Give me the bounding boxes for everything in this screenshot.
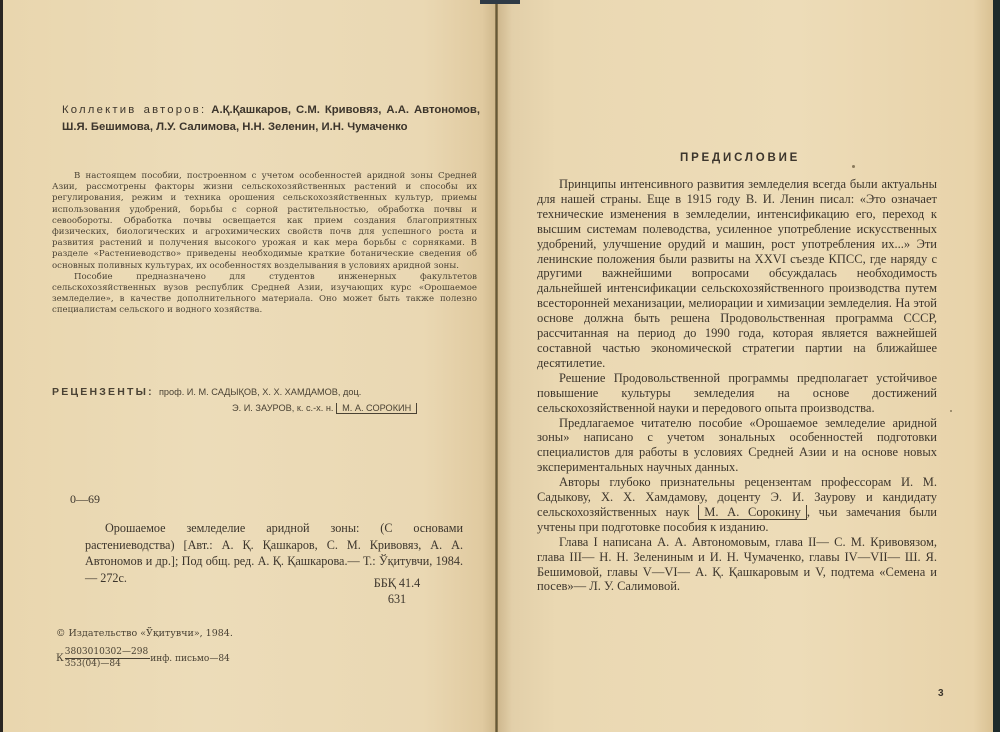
spine-top xyxy=(480,0,520,4)
paper-speck xyxy=(950,410,952,412)
reviewers-label: РЕЦЕНЗЕНТЫ: xyxy=(52,386,154,398)
bbk-line2: 631 xyxy=(357,591,437,607)
preface-paragraph: Решение Продовольственной программы пред… xyxy=(537,371,937,416)
preface-paragraph: Принципы интенсивного развития земледели… xyxy=(537,177,937,371)
reviewers-line1: проф. И. М. САДЫҚОВ, Х. Х. ХАМДАМОВ, доц… xyxy=(159,387,361,397)
authors-label: Коллектив авторов: xyxy=(62,104,206,116)
copyright-notice: © Издательство «Ўқитувчи», 1984. xyxy=(56,628,233,639)
print-code-numerator: 3803010302—298 xyxy=(65,647,150,659)
paper-speck xyxy=(852,165,855,168)
book-gutter xyxy=(495,0,498,732)
classification-code: 0—69 xyxy=(70,492,100,507)
page-number: 3 xyxy=(938,688,944,699)
preface-paragraph: Предлагаемое читателю пособие «Орошаемое… xyxy=(537,416,937,476)
page-title: ПРЕДИСЛОВИЕ xyxy=(680,152,800,164)
preface-text: Принципы интенсивного развития земледели… xyxy=(537,177,937,594)
print-code-denominator: 353(04)—84 xyxy=(65,659,150,670)
reviewer-boxed-name: М. А. СОРОКИН xyxy=(336,403,417,414)
thanks-boxed-name: М. А. Сорокину xyxy=(698,505,807,520)
bbk-line1: ББҚ 41.4 xyxy=(357,575,437,591)
authors-block: Коллектив авторов: А.Қ.Қашкаров, С.М. Кр… xyxy=(62,102,480,136)
reviewers-line2: Э. И. ЗАУРОВ, к. с.-х. н. xyxy=(232,403,334,413)
print-code: К 3803010302—298 353(04)—84 инф. письмо—… xyxy=(56,647,230,670)
reviewers-block: РЕЦЕНЗЕНТЫ: проф. И. М. САДЫҚОВ, Х. Х. Х… xyxy=(52,384,477,416)
print-code-prefix: К xyxy=(56,653,64,664)
bbk-index: ББҚ 41.4 631 xyxy=(357,575,437,607)
print-code-suffix: инф. письмо—84 xyxy=(150,654,230,664)
print-code-fraction: 3803010302—298 353(04)—84 xyxy=(65,647,150,670)
preface-paragraph-thanks: Авторы глубоко признательны рецензентам … xyxy=(537,475,937,535)
annotation-paragraph: В настоящем пособии, построенном с учето… xyxy=(52,171,477,272)
book-spread: Коллектив авторов: А.Қ.Қашкаров, С.М. Кр… xyxy=(0,0,1000,732)
page-edge xyxy=(993,0,1000,732)
annotation: В настоящем пособии, построенном с учето… xyxy=(52,171,477,317)
annotation-paragraph: Пособие предназначено для студентов инже… xyxy=(52,272,477,317)
preface-paragraph: Глава I написана А. А. Автономовым, глав… xyxy=(537,535,937,595)
